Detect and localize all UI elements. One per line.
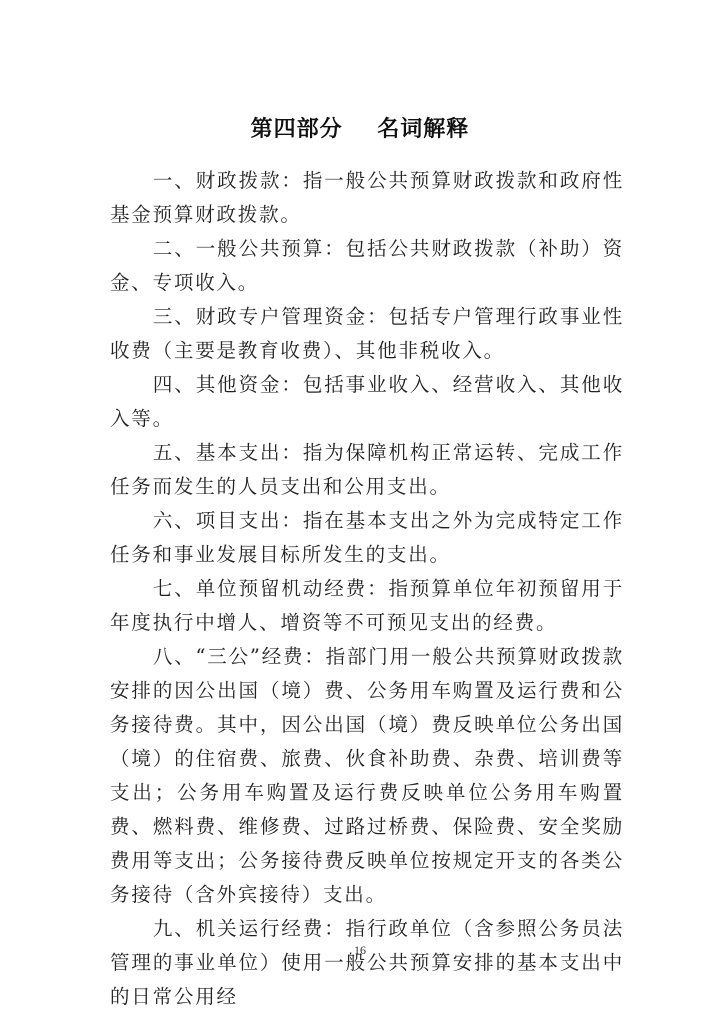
document-page: 第四部分 名词解释 一、财政拨款：指一般公共预算财政拨款和政府性基金预算财政拨款… — [0, 0, 720, 1018]
glossary-item-5: 五、基本支出：指为保障机构正常运转、完成工作任务而发生的人员支出和公用支出。 — [110, 436, 624, 504]
glossary-item-1: 一、财政拨款：指一般公共预算财政拨款和政府性基金预算财政拨款。 — [110, 164, 624, 232]
glossary-item-6: 六、项目支出：指在基本支出之外为完成特定工作任务和事业发展目标所发生的支出。 — [110, 504, 624, 572]
glossary-item-8: 八、“三公”经费：指部门用一般公共预算财政拨款安排的因公出国（境）费、公务用车购… — [110, 640, 624, 912]
section-title: 第四部分 名词解释 — [0, 112, 720, 143]
glossary-item-4: 四、其他资金：包括事业收入、经营收入、其他收入等。 — [110, 368, 624, 436]
glossary-body: 一、财政拨款：指一般公共预算财政拨款和政府性基金预算财政拨款。 二、一般公共预算… — [110, 164, 624, 1014]
glossary-item-3: 三、财政专户管理资金：包括专户管理行政事业性收费（主要是教育收费）、其他非税收入… — [110, 300, 624, 368]
glossary-item-9: 九、机关运行经费：指行政单位（含参照公务员法管理的事业单位）使用一般公共预算安排… — [110, 912, 624, 1014]
glossary-item-7: 七、单位预留机动经费：指预算单位年初预留用于年度执行中增人、增资等不可预见支出的… — [110, 572, 624, 640]
page-number: 16 — [0, 943, 720, 958]
glossary-item-2: 二、一般公共预算：包括公共财政拨款（补助）资金、专项收入。 — [110, 232, 624, 300]
